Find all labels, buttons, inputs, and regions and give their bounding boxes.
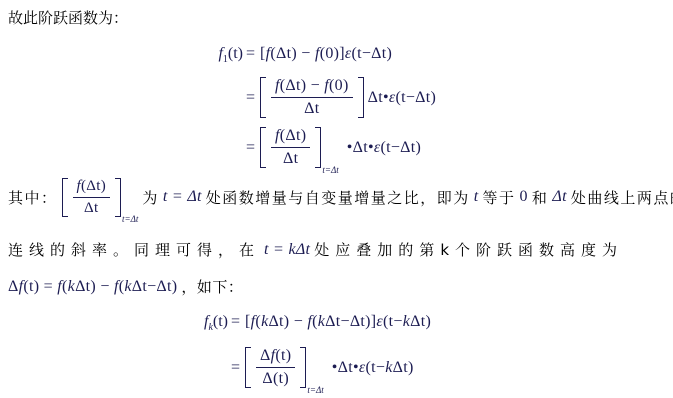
eq1-line2: = f(Δt) − f(0) Δt Δt•ε(t−Δt) [217,77,436,118]
subscript: 1 [223,54,228,65]
eq1-line3: = f(Δt) Δt t=Δt •Δt•ε(t−Δt) [217,127,436,168]
eq2-line1: fk(t) = [f(kΔt) − f(kΔt−Δt)]ε(t−kΔt) [204,310,431,334]
left-bracket [260,127,266,168]
document-page: 故此阶跃函数为： f1(t) = [f(Δt) − f(0)]ε(t−Δt) =… [0,0,673,398]
eq1-line1: f1(t) = [f(Δt) − f(0)]ε(t−Δt) [217,42,436,66]
fraction-denominator: Δt [283,148,298,168]
subscript: k [208,322,212,333]
equals-sign: = [246,45,255,63]
bracketed-fraction: f(Δt) Δt t=Δt [260,127,339,168]
inline-math: t = kΔt [264,241,310,259]
bracket-subscript: t=Δt [122,214,138,224]
eq1-line3-tail: •Δt•ε(t−Δt) [347,139,421,157]
paragraph-text: 个阶跃函数高度为 [455,239,623,260]
inline-math: Δf(t) = f(kΔt) − f(kΔt−Δt) [8,278,177,296]
paragraph-line-2: 连线的斜率。同理可得，在 t = kΔt 处应叠加的第 k 个阶跃函数高度为 [8,239,623,260]
equation-block-1: f1(t) = [f(Δt) − f(0)]ε(t−Δt) = f(Δt) − … [217,42,436,168]
equals-sign: = [246,139,255,157]
paragraph-text: 为 [142,187,159,208]
fraction-numerator: Δf(t) [256,347,295,368]
right-bracket [358,77,364,118]
paragraph-text: 和 [532,187,549,208]
paragraph-line-1: 其中： f(Δt) Δt t=Δt 为 t = Δt 处函数增量与自变量增量之比… [8,174,673,220]
equals-sign: = [246,89,255,107]
paragraph-text: 等于 [483,187,516,208]
fraction: f(Δt) Δt [268,127,313,168]
fraction: f(Δt) − f(0) Δt [268,77,356,118]
paragraph-text: 连线的斜率。同理可得，在 [8,239,260,260]
paragraph-prefix: 其中： [8,187,58,208]
fraction: Δf(t) Δ(t) [253,347,298,388]
fraction-denominator: Δ(t) [262,368,289,388]
inline-math: t [474,188,479,206]
paragraph-text: ，如下： [181,276,243,297]
intro-text: 故此阶跃函数为： [8,7,128,28]
inline-bracketed-fraction: f(Δt) Δt t=Δt [62,178,139,217]
equals-sign: = [231,313,240,331]
eq1-line1-body: [f(Δt) − f(0)]ε(t−Δt) [260,45,392,63]
paragraph-text: 处应叠加的第 [314,239,440,260]
bracketed-fraction: f(Δt) − f(0) Δt [260,77,364,118]
fraction: f(Δt) Δt [70,178,113,217]
paragraph-text: 处曲线上两点的 [571,187,673,208]
eq1-line2-tail: Δt•ε(t−Δt) [368,89,437,107]
eq2-line2-tail: •Δt•ε(t−kΔt) [332,359,414,377]
eq2-line1-body: [f(kΔt) − f(kΔt−Δt)]ε(t−kΔt) [245,313,431,331]
fraction-numerator: f(Δt) [271,127,310,148]
bracket-subscript: t=Δt [307,385,323,395]
bracketed-fraction: Δf(t) Δ(t) t=Δt [245,347,324,388]
paragraph-text: 处函数增量与自变量增量之比，即为 [206,187,470,208]
right-bracket [315,127,321,168]
left-bracket [62,178,68,217]
equals-sign: = [231,359,240,377]
right-bracket [300,347,306,388]
eq1-line1-lhs: f1(t) [217,45,243,63]
fraction-numerator: f(Δt) [73,178,110,198]
fraction-denominator: Δt [84,198,98,217]
equation-block-2: fk(t) = [f(kΔt) − f(kΔt−Δt)]ε(t−kΔt) = Δ… [204,310,431,388]
paragraph-line-3: Δf(t) = f(kΔt) − f(kΔt−Δt) ，如下： [8,276,243,297]
inline-math: t = Δt [163,188,202,206]
fraction-numerator: f(Δt) − f(0) [271,77,353,98]
eq2-line2: = Δf(t) Δ(t) t=Δt •Δt•ε(t−kΔt) [204,347,431,388]
eq2-line1-lhs: fk(t) [204,313,228,331]
left-bracket [260,77,266,118]
inline-math: Δt [552,188,566,206]
right-bracket [115,178,121,217]
inline-math: 0 [520,188,528,206]
left-bracket [245,347,251,388]
paragraph-text: k [440,241,455,259]
fraction-denominator: Δt [304,98,319,118]
